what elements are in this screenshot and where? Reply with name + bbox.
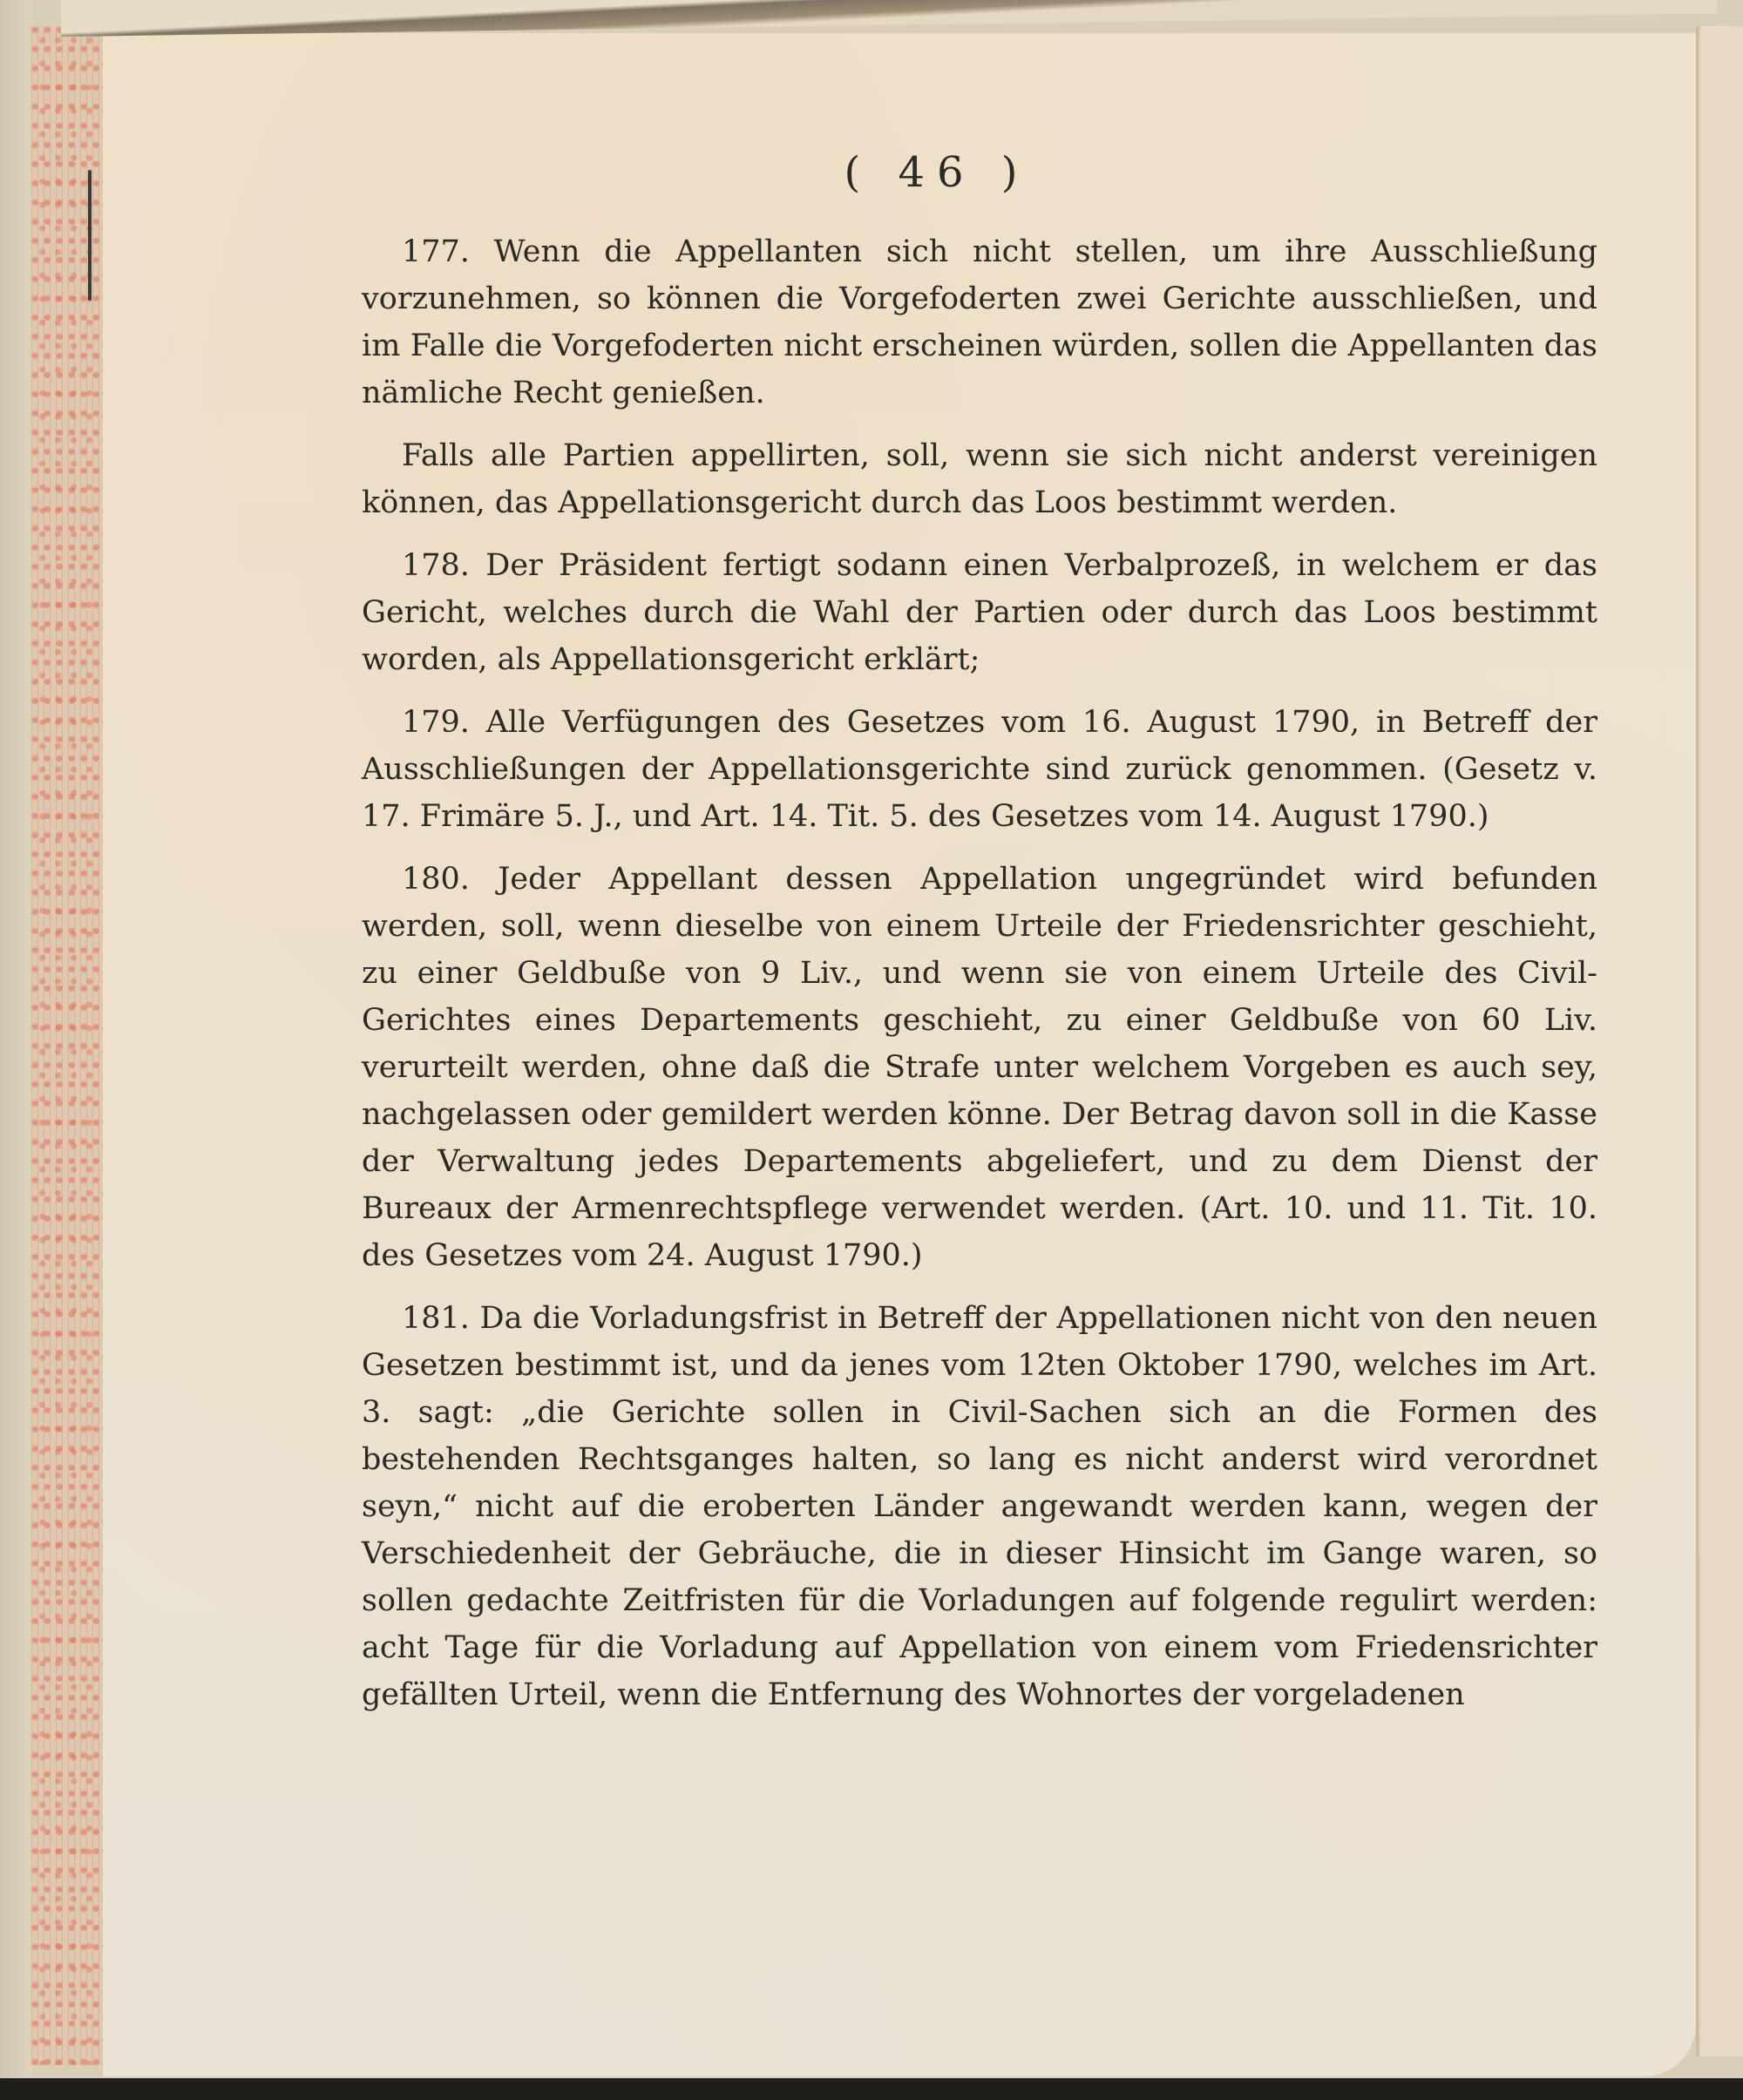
page-body-text: 177. Wenn die Appellanten sich nicht ste… bbox=[362, 228, 1597, 1718]
paragraph-text: Da die Vorladungsfrist in Betreff der Ap… bbox=[362, 1301, 1597, 1712]
paragraph-181: 181. Da die Vorladungsfrist in Betreff d… bbox=[362, 1295, 1597, 1718]
backdrop-left bbox=[0, 0, 33, 2100]
paragraph-number: 179. bbox=[402, 705, 470, 740]
paragraph-177-continuation: Falls alle Partien appellirten, soll, we… bbox=[362, 432, 1597, 526]
paragraph-number: 178. bbox=[402, 548, 470, 583]
paragraph-177: 177. Wenn die Appellanten sich nicht ste… bbox=[362, 228, 1597, 417]
backdrop-bottom bbox=[0, 2078, 1743, 2100]
next-page-leaf-edge bbox=[1696, 26, 1743, 2056]
paragraph-text: Alle Verfügungen des Gesetzes vom 16. Au… bbox=[362, 705, 1597, 834]
paragraph-text: Jeder Appellant dessen Appellation ungeg… bbox=[362, 862, 1597, 1273]
stacked-page-edges bbox=[31, 26, 105, 2065]
paragraph-text: Der Präsident fertigt sodann einen Verba… bbox=[362, 548, 1597, 677]
paragraph-text: Falls alle Partien appellirten, soll, we… bbox=[362, 438, 1597, 520]
paragraph-180: 180. Jeder Appellant dessen Appellation … bbox=[362, 856, 1597, 1279]
paragraph-179: 179. Alle Verfügungen des Gesetzes vom 1… bbox=[362, 699, 1597, 840]
paragraph-number: 177. bbox=[402, 234, 470, 269]
paragraph-text: Wenn die Appellanten sich nicht stellen,… bbox=[362, 234, 1597, 410]
page-number: ( 46 ) bbox=[0, 148, 1743, 197]
paragraph-178: 178. Der Präsident fertigt sodann einen … bbox=[362, 542, 1597, 683]
top-page-edge-shadow bbox=[61, 0, 1717, 37]
paragraph-number: 180. bbox=[402, 862, 470, 897]
paragraph-number: 181. bbox=[402, 1301, 470, 1336]
